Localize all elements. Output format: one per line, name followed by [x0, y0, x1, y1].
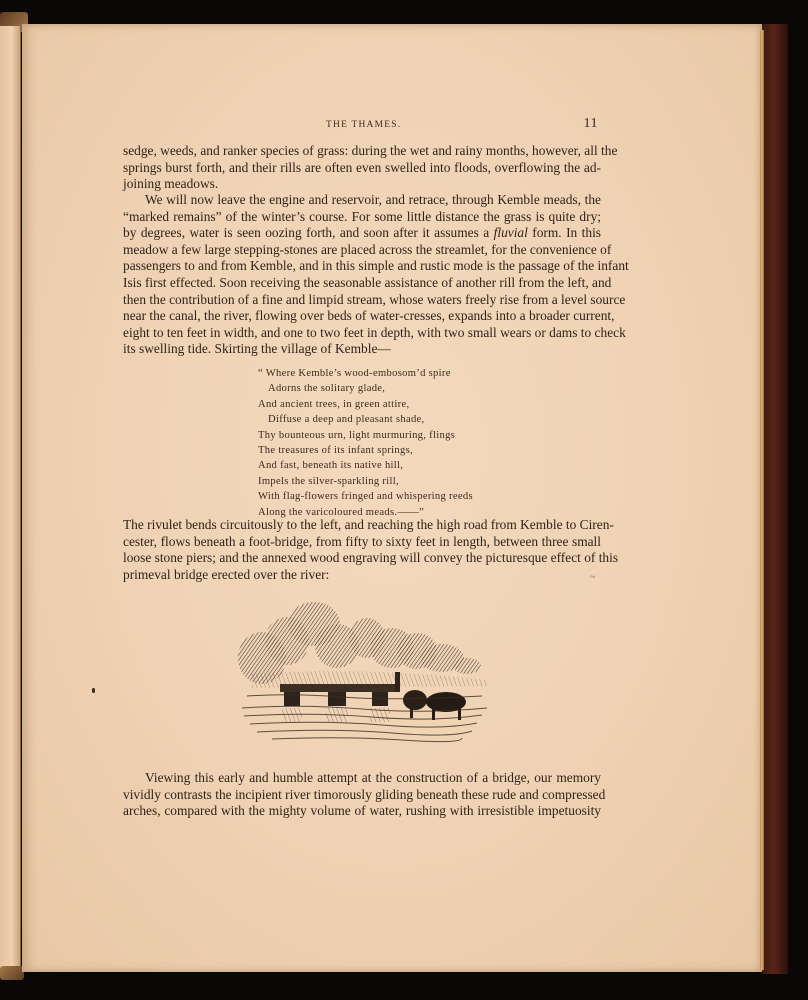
left-page-edge — [0, 26, 21, 974]
page-number: 11 — [584, 116, 598, 132]
ink-speck — [92, 688, 95, 693]
gilt-page-edge — [760, 30, 764, 970]
text-line: loose stone piers; and the annexed wood … — [123, 550, 601, 567]
text-line: cester, flows beneath a foot-bridge, fro… — [123, 534, 601, 551]
text-line: then the contribution of a fine and limp… — [123, 292, 601, 309]
text-line: “marked remains” of the winter’s course.… — [123, 209, 601, 226]
text-segment: form. In this — [528, 225, 601, 240]
paragraph-4: Viewing this early and humble attempt at… — [123, 770, 601, 820]
text-line: near the canal, the river, flowing over … — [123, 308, 601, 325]
text-line: Isis first effected. Soon receiving the … — [123, 275, 601, 292]
text-segment: by degrees, water is seen oozing forth, … — [123, 225, 489, 240]
text-line: meadow a few large stepping-stones are p… — [123, 242, 601, 259]
text-line: arches, compared with the mighty volume … — [123, 803, 601, 820]
poem-line: Thy bounteous urn, light murmuring, flin… — [258, 428, 518, 443]
paragraph-1: sedge, weeds, and ranker species of gras… — [123, 143, 601, 193]
poem-line: Adorns the solitary glade, — [258, 381, 518, 396]
running-head-title: THE THAMES. — [326, 120, 401, 130]
poem-line: With flag-flowers fringed and whispering… — [258, 489, 518, 504]
paragraph-3: The rivulet bends circuitously to the le… — [123, 517, 601, 583]
poem-quotation: “ Where Kemble’s wood-embosom’d spire Ad… — [258, 366, 518, 520]
poem-line: Impels the silver-sparkling rill, — [258, 474, 518, 489]
text-line: vividly contrasts the incipient river ti… — [123, 787, 601, 804]
text-line: sedge, weeds, and ranker species of gras… — [123, 143, 601, 160]
ink-speck: ~ — [590, 572, 595, 583]
text-line: The rivulet bends circuitously to the le… — [123, 517, 601, 534]
poem-line: And ancient trees, in green attire, — [258, 397, 518, 412]
leather-binding-edge — [762, 24, 788, 974]
text-line: joining meadows. — [123, 176, 601, 193]
text-line: Viewing this early and humble attempt at… — [123, 770, 601, 787]
text-line: eight to ten feet in width, and one to t… — [123, 325, 601, 342]
bridge-engraving-illustration — [232, 596, 494, 746]
paragraph-2: We will now leave the engine and reservo… — [123, 192, 601, 358]
text-line: its swelling tide. Skirting the village … — [123, 341, 601, 358]
text-line: passengers to and from Kemble, and in th… — [123, 258, 601, 275]
text-line: We will now leave the engine and reservo… — [123, 192, 601, 209]
poem-line: Diffuse a deep and pleasant shade, — [258, 412, 518, 427]
engraving-icon — [232, 596, 494, 746]
text-line: springs burst forth, and their rills are… — [123, 160, 601, 177]
text-line: primeval bridge erected over the river: — [123, 567, 601, 584]
poem-line: The treasures of its infant springs, — [258, 443, 518, 458]
italic-word: fluvial — [494, 225, 528, 240]
poem-line: “ Where Kemble’s wood-embosom’d spire — [258, 366, 518, 381]
running-head: THE THAMES. 11 — [100, 118, 600, 134]
text-line-with-italic: by degrees, water is seen oozing forth, … — [123, 225, 601, 242]
book-corner-bottom-left — [0, 966, 24, 980]
poem-line: And fast, beneath its native hill, — [258, 458, 518, 473]
